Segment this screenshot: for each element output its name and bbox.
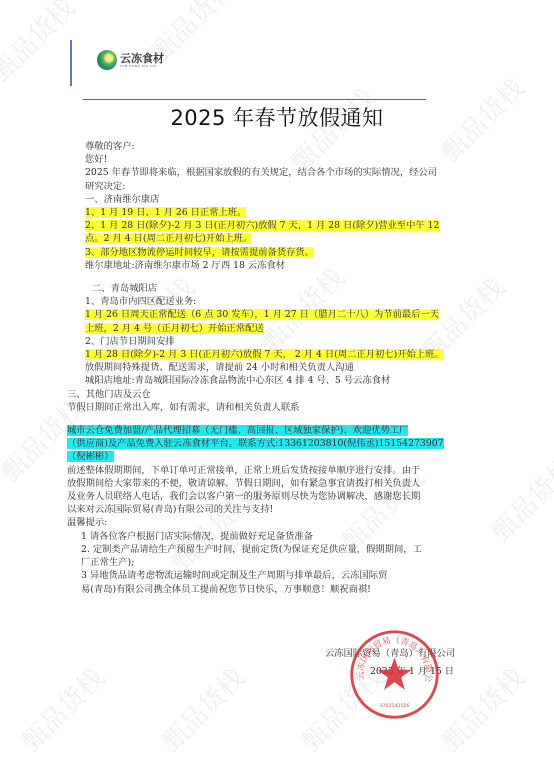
qingdao-address: 城阳店地址:青岛城阳国际冷冻食品物流中心东区 4 排 4 号、5 号云冻食材: [85, 374, 415, 387]
closing-line: 放假期间给大家带来的不便，敬请谅解。节假日期间，如有紧急事宜请拨打相关负责人: [67, 477, 415, 490]
qingdao-store-note: 放假期间特殊提货、配送需求，请提前 24 小时和相关负责人沟通: [85, 361, 415, 374]
header-divider: [83, 99, 426, 100]
closing-line: 以来对云冻国际贸易(青岛)有限公司的关注与支持!: [67, 503, 415, 516]
header-rule-vertical: [70, 40, 72, 86]
qingdao-delivery-line: 1 月 26 日周天正常配送（6 点 30 发车），1 月 27 日（腊月二十八…: [85, 309, 439, 320]
recruit-line: （供应商)及产品免费入驻云冻食材平台。联系方式:13361203810(倪伟丞)…: [67, 438, 444, 449]
jinan-item: 点。2 月 4 日(周二正月初七)开始上班。: [85, 233, 252, 244]
tip-item: 2. 定制类产品请给生产预留生产时间，提前定货(为保证充足供应量，假期期间，工: [81, 543, 415, 556]
recruit-line: 城市云仓免费加盟/产品代理招募（无门槛、高回报、区域独家保护)、欢迎优势工厂: [67, 425, 408, 436]
tip-item: 易(青岛)有限公司携全体员工提前祝您节日快乐，万事顺意！顺祝商祺!: [81, 583, 415, 596]
tip-item: 1 请各位客户根据门店实际情况，提前做好充足备货准备: [81, 530, 415, 543]
company-logo: 云冻食材 YUN DONG SHI CAI: [97, 50, 164, 70]
jinan-item: 1、1 月 19 日、1 月 26 日正常上班。: [85, 207, 246, 218]
page-title: 2025 年春节放假通知: [0, 102, 554, 132]
jinan-item: 2、1 月 28 日(除夕)-2 月 3 日(正月初六)放假 7 天，1 月 2…: [85, 220, 439, 231]
intro-line: 研究决定:: [85, 180, 415, 193]
closing-line: 及业务人员联络人电话，我们会以客户第一的服务原则尽快为您协调解决，感谢您长期: [67, 490, 415, 503]
qingdao-delivery-heading: 1、青岛市内四区配送业务:: [85, 295, 415, 308]
tips-heading: 温馨提示:: [67, 516, 415, 529]
section-heading-jinan: 一、济南维尔康店: [85, 193, 415, 206]
intro-line: 2025 年春节即将来临，根据国家放假的有关规定，结合各个市场的实际情况，经公司: [85, 166, 415, 179]
tip-item: 厂正常生产);: [81, 556, 415, 569]
company-seal-icon: 云冻国际贸易（青岛）有限公司 3702143556: [347, 627, 442, 722]
logo-name-cn: 云冻食材: [120, 53, 164, 64]
recruit-line: （倪彬彬）: [67, 451, 114, 462]
section-heading-others: 三、其他门店及云仓: [67, 388, 415, 401]
logo-icon: [97, 50, 117, 70]
svg-text:3702143556: 3702143556: [379, 703, 409, 709]
salutation: 尊敬的客户:: [85, 140, 415, 153]
notice-body: 尊敬的客户: 您好! 2025 年春节即将来临，根据国家放假的有关规定，结合各个…: [85, 140, 415, 596]
logo-name-en: YUN DONG SHI CAI: [120, 65, 164, 68]
qingdao-store-heading: 2、门店节日期间安排: [85, 335, 415, 348]
jinan-item: 3、部分地区物流停运时间较早，请按需提前备货存货。: [85, 247, 314, 258]
closing-line: 前述整体假期期间，下单订单可正常接单，正常上班后发货按接单顺序进行安排。由于: [67, 464, 415, 477]
qingdao-delivery-line: 上班，2 月 4 号（正月初七）开始正常配送: [85, 323, 264, 334]
qingdao-store-holiday: 1 月 28 日(除夕)-2 月 3 日(正月初六)放假 7 天， 2 月 4 …: [85, 349, 444, 360]
greeting: 您好!: [85, 153, 415, 166]
others-text: 节假日期间正常出入库，如有需求，请和相关负责人联系: [67, 401, 415, 414]
jinan-address: 维尔康地址:济南维尔康市场 2 厅西 18 云冻食材: [85, 259, 415, 272]
section-heading-qingdao: 二、青岛城阳店: [85, 282, 415, 295]
tip-item: 3 异地货品请考虑物流运输时间或定制及生产周期与排单最后，云冻国际贸: [81, 569, 415, 582]
